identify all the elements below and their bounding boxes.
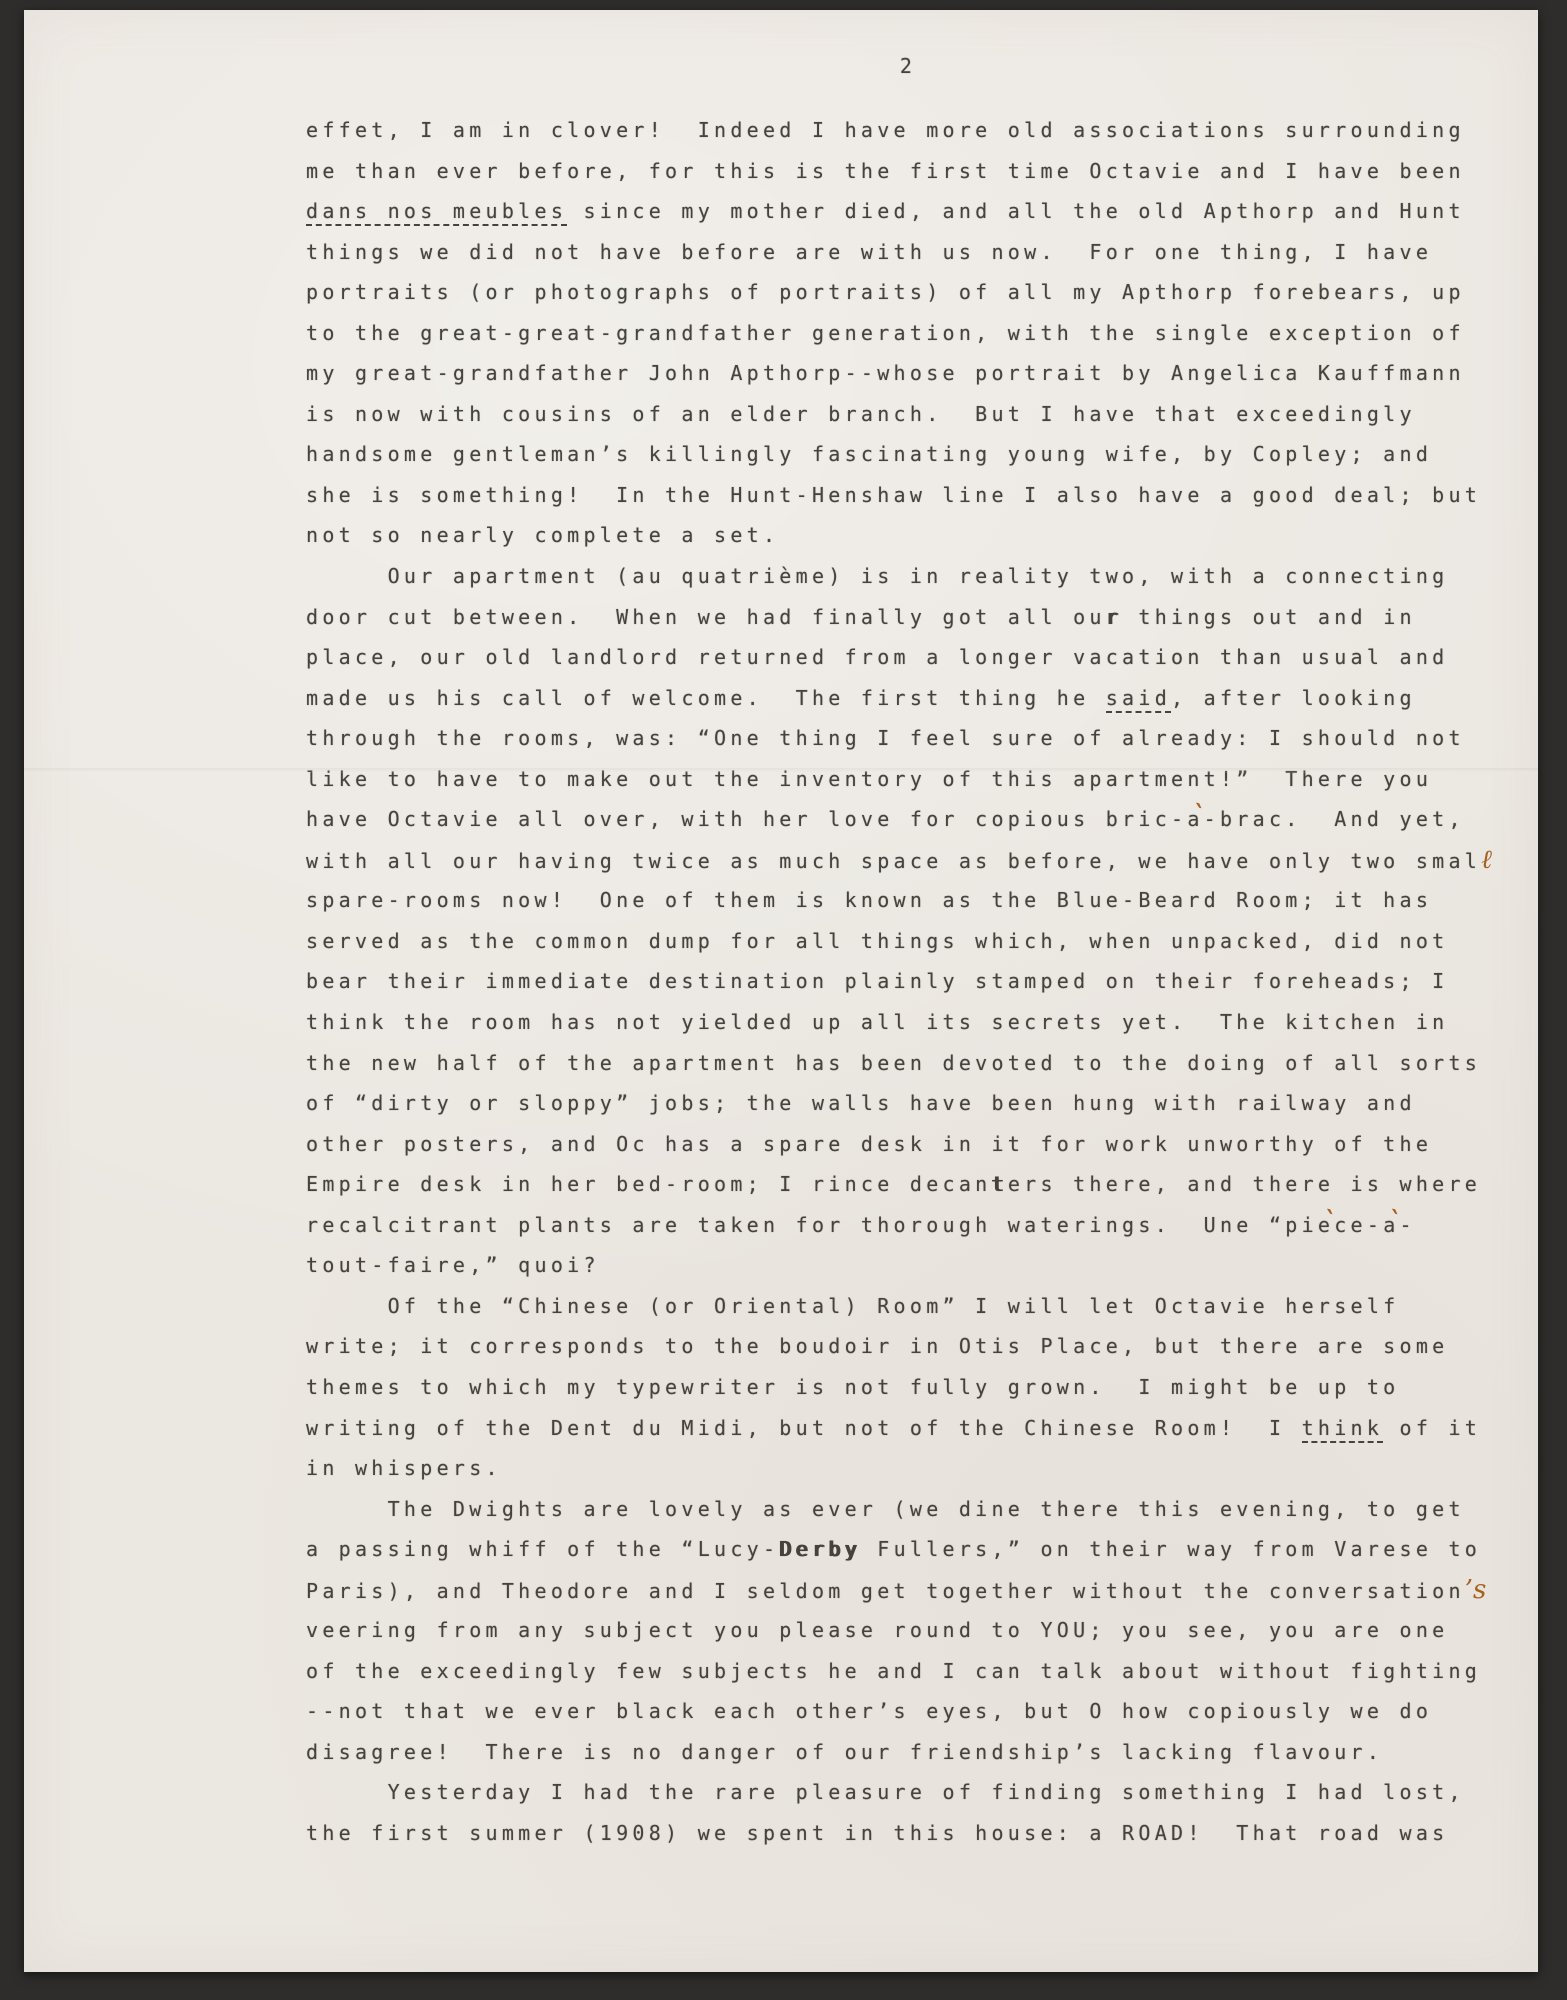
text-line: themes to which my typewriter is not ful… xyxy=(306,1367,1492,1408)
text-line: write; it corresponds to the boudoir in … xyxy=(306,1326,1492,1367)
text-line: think the room has not yielded up all it… xyxy=(306,1002,1492,1043)
text-line: Our apartment (au quatrième) is in reali… xyxy=(306,556,1492,597)
typed-text: , after looking xyxy=(1171,686,1416,710)
text-line: my great-grandfather John Apthorp--whose… xyxy=(306,353,1492,394)
text-line: of “dirty or sloppy” jobs; the walls hav… xyxy=(306,1083,1492,1124)
text-line: in whispers. xyxy=(306,1448,1492,1489)
typed-text: ers there, and there is where xyxy=(1008,1172,1481,1196)
text-line: a passing whiff of the “Lucy-Derby Fulle… xyxy=(306,1529,1492,1570)
text-line: dans nos meubles since my mother died, a… xyxy=(306,191,1492,232)
handwritten-accent-letter: e xyxy=(1318,1213,1334,1237)
text-line: tout-faire,” quoi? xyxy=(306,1245,1492,1286)
text-line: she is something! In the Hunt-Henshaw li… xyxy=(306,475,1492,516)
text-line: me than ever before, for this is the fir… xyxy=(306,151,1492,192)
typed-text: disagree! There is no danger of our frie… xyxy=(306,1740,1383,1764)
typed-text: spare-rooms now! One of them is known as… xyxy=(306,888,1432,912)
overstruck-text: t xyxy=(991,1172,1007,1196)
text-line: like to have to make out the inventory o… xyxy=(306,759,1492,800)
typed-text: have Octavie all over, with her love for… xyxy=(306,807,1187,831)
typed-text: Our apartment (au quatrième) is in reali… xyxy=(306,564,1448,588)
typed-text: she is something! In the Hunt-Henshaw li… xyxy=(306,483,1481,507)
text-line: spare-rooms now! One of them is known as… xyxy=(306,880,1492,921)
typed-text: of the exceedingly few subjects he and I… xyxy=(306,1659,1481,1683)
text-line: made us his call of welcome. The first t… xyxy=(306,678,1492,719)
text-line: Empire desk in her bed-room; I rince dec… xyxy=(306,1164,1492,1205)
typed-text: writing of the Dent du Midi, but not of … xyxy=(306,1416,1302,1440)
typed-text: served as the common dump for all things… xyxy=(306,929,1448,953)
typed-text: place, our old landlord returned from a … xyxy=(306,645,1448,669)
typed-text: Empire desk in her bed-room; I rince dec… xyxy=(306,1172,991,1196)
letter-page: 2 effet, I am in clover! Indeed I have m… xyxy=(24,10,1538,1972)
typed-text: through the rooms, was: “One thing I fee… xyxy=(306,726,1465,750)
overstruck-text: Derby xyxy=(779,1537,861,1561)
text-line: have Octavie all over, with her love for… xyxy=(306,799,1492,840)
typed-text: to the great-great-grandfather generatio… xyxy=(306,321,1465,345)
typed-text: a passing whiff of the “Lucy- xyxy=(306,1537,779,1561)
typed-text: The Dwights are lovely as ever (we dine … xyxy=(306,1497,1465,1521)
typed-text: made us his call of welcome. The first t… xyxy=(306,686,1106,710)
underlined-text: think xyxy=(1302,1416,1384,1443)
typed-text: of it xyxy=(1383,1416,1481,1440)
typed-text: my great-grandfather John Apthorp--whose… xyxy=(306,361,1465,385)
text-line: served as the common dump for all things… xyxy=(306,921,1492,962)
handwritten-correction: ’s xyxy=(1465,1575,1487,1605)
underlined-text: dans nos meubles xyxy=(306,199,567,226)
typed-text: the first summer (1908) we spent in this… xyxy=(306,1821,1448,1845)
typed-text: Of the “Chinese (or Oriental) Room” I wi… xyxy=(306,1294,1400,1318)
typed-text: portraits (or photographs of portraits) … xyxy=(306,280,1465,304)
text-line: Of the “Chinese (or Oriental) Room” I wi… xyxy=(306,1286,1492,1327)
text-line: recalcitrant plants are taken for thorou… xyxy=(306,1205,1492,1246)
text-line: the new half of the apartment has been d… xyxy=(306,1043,1492,1084)
typed-text: bear their immediate destination plainly… xyxy=(306,969,1448,993)
typed-text: --not that we ever black each other’s ey… xyxy=(306,1699,1432,1723)
typed-text: tout-faire,” quoi? xyxy=(306,1253,600,1277)
typed-text: recalcitrant plants are taken for thorou… xyxy=(306,1213,1318,1237)
text-line: Paris), and Theodore and I seldom get to… xyxy=(306,1570,1492,1611)
text-line: with all our having twice as much space … xyxy=(306,840,1492,881)
text-line: the first summer (1908) we spent in this… xyxy=(306,1813,1492,1854)
text-line: through the rooms, was: “One thing I fee… xyxy=(306,718,1492,759)
text-line: things we did not have before are with u… xyxy=(306,232,1492,273)
typed-text: things we did not have before are with u… xyxy=(306,240,1432,264)
typed-text: is now with cousins of an elder branch. … xyxy=(306,402,1416,426)
typed-text: other posters, and Oc has a spare desk i… xyxy=(306,1132,1432,1156)
typed-text: Yesterday I had the rare pleasure of fin… xyxy=(306,1780,1465,1804)
photo-background: 2 effet, I am in clover! Indeed I have m… xyxy=(0,0,1567,2000)
typed-text: not so nearly complete a set. xyxy=(306,523,779,547)
text-line: writing of the Dent du Midi, but not of … xyxy=(306,1408,1492,1449)
typed-text: like to have to make out the inventory o… xyxy=(306,767,1432,791)
letter-body: effet, I am in clover! Indeed I have mor… xyxy=(306,110,1492,1854)
typed-text: veering from any subject you please roun… xyxy=(306,1618,1448,1642)
typed-text: Fullers,” on their way from Varese to xyxy=(861,1537,1481,1561)
text-line: veering from any subject you please roun… xyxy=(306,1610,1492,1651)
typed-text: of “dirty or sloppy” jobs; the walls hav… xyxy=(306,1091,1416,1115)
typed-text: in whispers. xyxy=(306,1456,502,1480)
text-line: portraits (or photographs of portraits) … xyxy=(306,272,1492,313)
text-line: door cut between. When we had finally go… xyxy=(306,597,1492,638)
overstruck-text: r xyxy=(1106,605,1122,629)
typed-text: things out and in xyxy=(1122,605,1416,629)
text-line: to the great-great-grandfather generatio… xyxy=(306,313,1492,354)
typed-text: me than ever before, for this is the fir… xyxy=(306,159,1465,183)
typed-text: since my mother died, and all the old Ap… xyxy=(567,199,1465,223)
text-line: Yesterday I had the rare pleasure of fin… xyxy=(306,1772,1492,1813)
text-line: of the exceedingly few subjects he and I… xyxy=(306,1651,1492,1692)
typed-text: the new half of the apartment has been d… xyxy=(306,1051,1481,1075)
page-number: 2 xyxy=(900,54,916,78)
text-line: effet, I am in clover! Indeed I have mor… xyxy=(306,110,1492,151)
text-line: is now with cousins of an elder branch. … xyxy=(306,394,1492,435)
typed-text: door cut between. When we had finally go… xyxy=(306,605,1106,629)
text-line: disagree! There is no danger of our frie… xyxy=(306,1732,1492,1773)
text-line: The Dwights are lovely as ever (we dine … xyxy=(306,1489,1492,1530)
typed-text: with all our having twice as much space … xyxy=(306,849,1481,873)
handwritten-correction: ℓ xyxy=(1481,845,1492,875)
typed-text: handsome gentleman’s killingly fascinati… xyxy=(306,442,1432,466)
typed-text: think the room has not yielded up all it… xyxy=(306,1010,1448,1034)
typed-text: Paris), and Theodore and I seldom get to… xyxy=(306,1579,1465,1603)
text-line: other posters, and Oc has a spare desk i… xyxy=(306,1124,1492,1165)
text-line: not so nearly complete a set. xyxy=(306,515,1492,556)
text-line: handsome gentleman’s killingly fascinati… xyxy=(306,434,1492,475)
underlined-text: said xyxy=(1106,686,1171,713)
text-line: bear their immediate destination plainly… xyxy=(306,961,1492,1002)
handwritten-accent-letter: a xyxy=(1187,807,1203,831)
handwritten-accent-letter: a xyxy=(1383,1213,1399,1237)
text-line: place, our old landlord returned from a … xyxy=(306,637,1492,678)
typed-text: write; it corresponds to the boudoir in … xyxy=(306,1334,1448,1358)
typed-text: -brac. And yet, xyxy=(1204,807,1465,831)
typed-text: effet, I am in clover! Indeed I have mor… xyxy=(306,118,1465,142)
typed-text: themes to which my typewriter is not ful… xyxy=(306,1375,1400,1399)
text-line: --not that we ever black each other’s ey… xyxy=(306,1691,1492,1732)
